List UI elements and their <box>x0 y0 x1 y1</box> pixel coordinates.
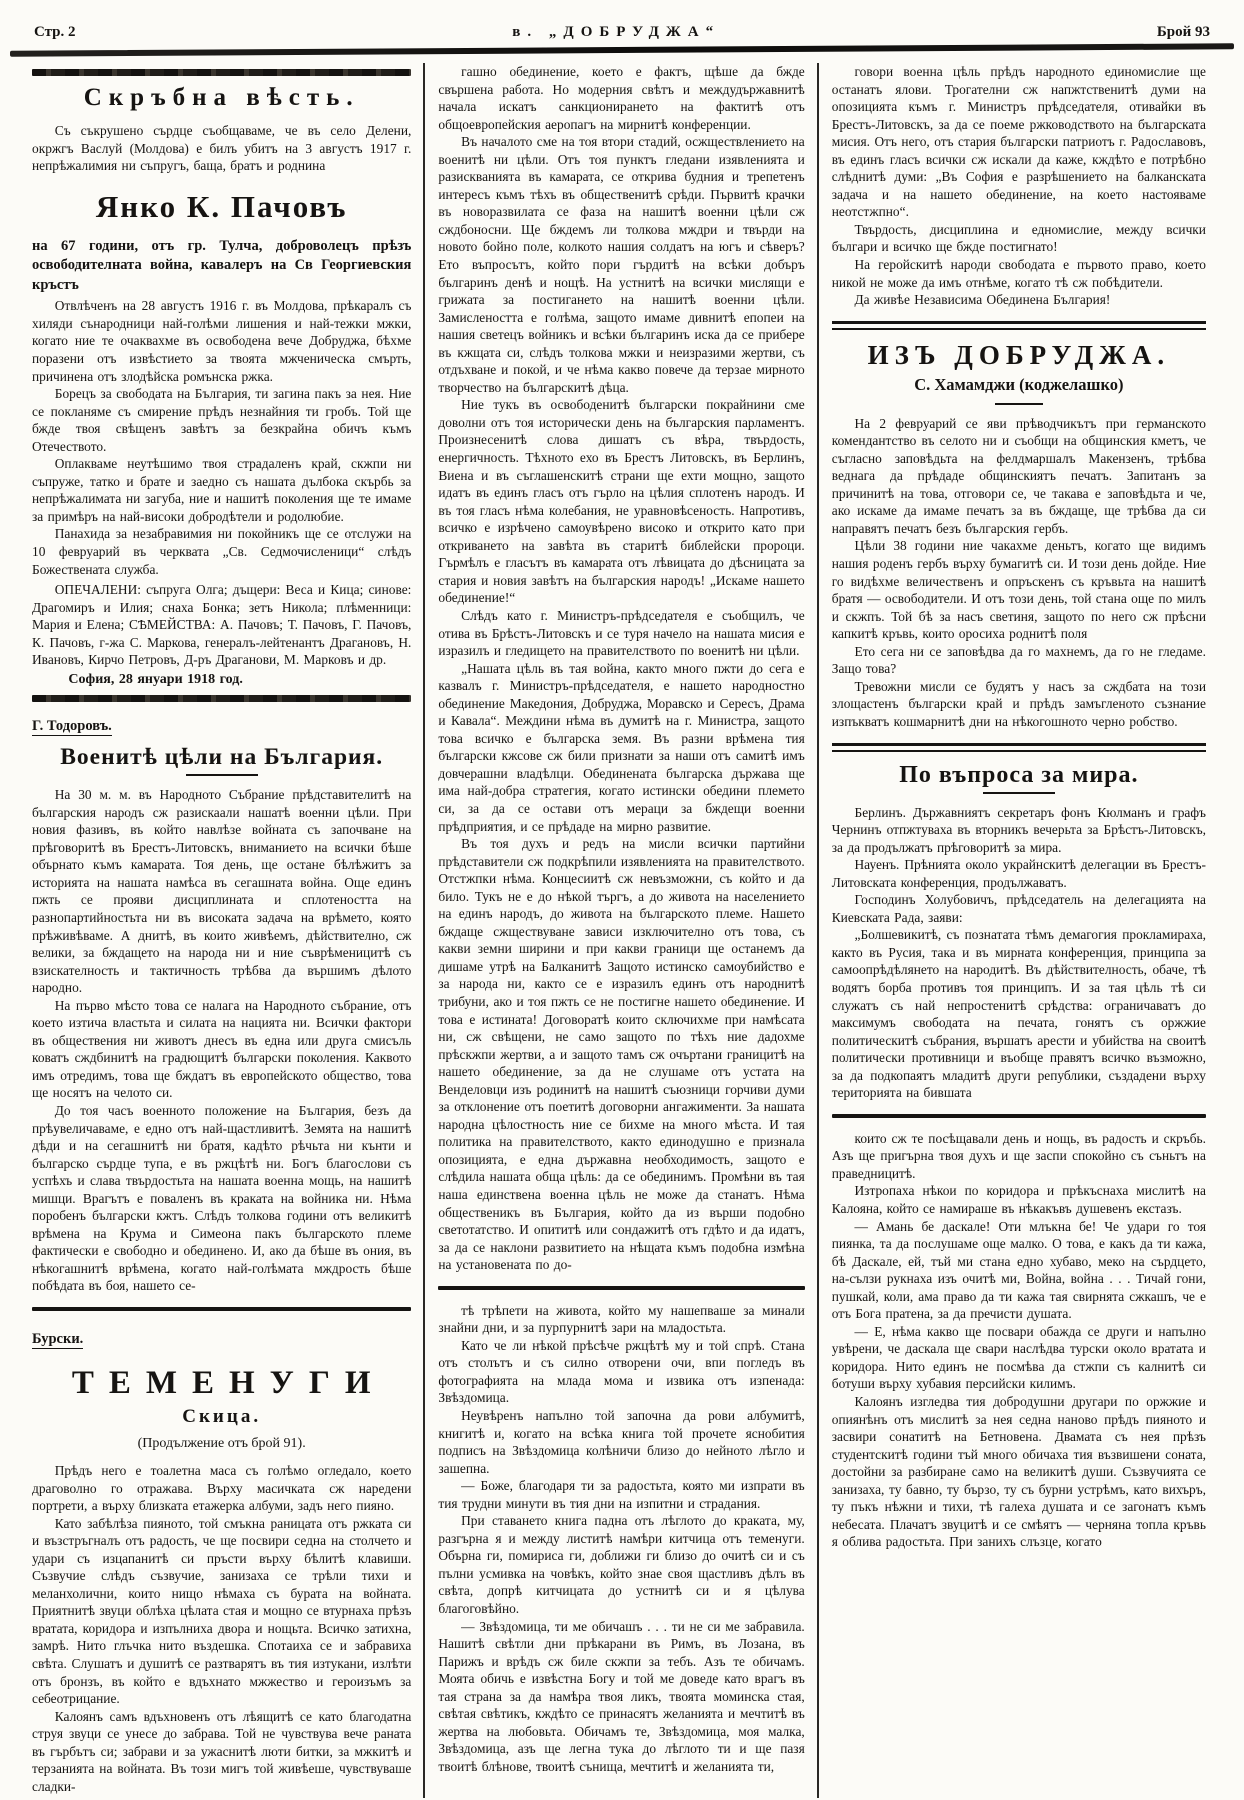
feuilleton-note: (Продължение отъ брой 91). <box>32 1436 411 1452</box>
feuilleton-byline: Бурски. <box>32 1331 83 1349</box>
paragraph: Ние тукъ въ освободенитѣ български покра… <box>438 396 804 607</box>
paragraph: На първо мѣсто това се налага на Народно… <box>32 997 411 1102</box>
paragraph: говори военна цѣль прѣдъ народното едино… <box>832 63 1206 221</box>
feuilleton-subtitle: Скица. <box>32 1406 411 1428</box>
page-header: Стр. 2 в. „ДОБРУДЖА“ Брой 93 <box>0 0 1244 43</box>
obituary-body: Отвлѣченъ на 28 августъ 1916 г. въ Молдо… <box>32 297 411 578</box>
obituary-intro: Съ съкрушено сърдце съобщаваме, че въ се… <box>32 122 411 175</box>
paragraph: Слѣдъ като г. Министръ-прѣдседателя е съ… <box>438 607 804 660</box>
double-rule <box>832 743 1206 752</box>
article-title: Военитѣ цѣли на България. <box>32 744 411 771</box>
obituary-title: Скръбна вѣсть. <box>32 84 411 112</box>
paragraph: Берлинъ. Държавниятъ секретаръ фонъ Кюлм… <box>832 804 1206 857</box>
paragraph: Прѣдъ него е тоалетна маса съ голѣмо огл… <box>32 1462 411 1515</box>
decorative-rule <box>32 69 411 76</box>
paragraph: Въ тоя духъ и редъ на мисли всички парти… <box>438 835 804 1274</box>
section-rule <box>32 1307 411 1311</box>
feuilleton-col3-body: които сж те посѣщавали день и нощь, въ р… <box>832 1130 1206 1551</box>
paragraph: Науенъ. Прѣнията около украйнскитѣ делег… <box>832 856 1206 891</box>
paragraph: — Амань бе даскале! Оти млъкна бе! Че уд… <box>832 1218 1206 1323</box>
paragraph: Оплакваме неутѣшимо твоя страдаленъ край… <box>32 455 411 525</box>
masthead: в. „ДОБРУДЖА“ <box>512 24 720 41</box>
paragraph: Борецъ за свободата на България, ти заги… <box>32 385 411 455</box>
paragraph: На 2 февруарий се яви прѣводчикътъ при г… <box>832 415 1206 538</box>
page-number: Стр. 2 <box>34 24 76 41</box>
obituary-name: Янко К. Пачовъ <box>32 189 411 225</box>
obituary-dateline: София, 28 януари 1918 год. <box>32 671 411 689</box>
feuilleton-header: Бурски. ТЕМЕНУГИ Скица. (Продължение отъ… <box>32 1323 411 1452</box>
peace-question-body: Берлинъ. Държавниятъ секретаръ фонъ Кюлм… <box>832 804 1206 1102</box>
paragraph: Господинъ Холубовичъ, прѣдседатель на де… <box>832 891 1206 926</box>
paragraph: гашно обединение, което е фактъ, щѣше да… <box>438 63 804 133</box>
paragraph: — Звѣздомица, ти ме обичашъ . . . ти не … <box>438 1618 804 1776</box>
paragraph: До тоя часъ военното положение на Българ… <box>32 1102 411 1295</box>
column-right: говори военна цѣль прѣдъ народното едино… <box>817 63 1218 1798</box>
article-body: На 30 м. м. въ Народното Събрание прѣдст… <box>32 786 411 1295</box>
paragraph: — Боже, благодаря ти за радостьта, която… <box>438 1477 804 1512</box>
newspaper-page: Стр. 2 в. „ДОБРУДЖА“ Брой 93 Скръбна вѣс… <box>0 0 1244 1800</box>
paragraph: Твърдость, дисциплина и едномислие, межд… <box>832 221 1206 256</box>
iz-dobrudzha-section: ИЗЪ ДОБРУДЖА. С. Хамамджи (коджелашко) Н… <box>832 340 1206 731</box>
iz-dobrudzha-title: ИЗЪ ДОБРУДЖА. <box>832 340 1206 371</box>
paragraph: При ставането книга падна отъ лѣглото до… <box>438 1512 804 1617</box>
paragraph: На геройскитѣ народи свободата е първото… <box>832 256 1206 291</box>
paragraph: — Е, нѣма какво ще посвари обажда се дру… <box>832 1323 1206 1393</box>
title-rule <box>186 774 258 776</box>
feuilleton-col2-body: тѣ трѣпети на живота, който му нашепваше… <box>438 1302 804 1776</box>
section-rule <box>438 1286 804 1290</box>
paragraph: Като забѣлѣза пияното, той смъкна раница… <box>32 1515 411 1708</box>
paragraph: „Болшевикитѣ, съ познатата тѣмъ демагоги… <box>832 926 1206 1101</box>
paragraph: Неувѣренъ напълно той започна да рови ал… <box>438 1407 804 1477</box>
paragraph: Изтропаха нѣкои по коридора и прѣкъснаха… <box>832 1182 1206 1217</box>
section-rule <box>832 1114 1206 1118</box>
paragraph: Да живѣе Независима Обединена България! <box>832 291 1206 309</box>
war-aims-article: Г. Тодоровъ. Военитѣ цѣли на България. Н… <box>32 710 411 1295</box>
war-aims-continuation: гашно обединение, което е фактъ, щѣше да… <box>438 63 804 1274</box>
decorative-rule <box>32 695 411 702</box>
obituary-subname: на 67 години, отъ гр. Тулча, доброволецъ… <box>32 237 411 296</box>
article-byline: Г. Тодоровъ. <box>32 718 112 736</box>
paragraph: На 30 м. м. въ Народното Събрание прѣдст… <box>32 786 411 997</box>
columns: Скръбна вѣсть. Съ съкрушено сърдце съобщ… <box>0 53 1244 1798</box>
paragraph: Калоянъ самъ вдъхновенъ отъ лѣящитѣ се к… <box>32 1708 411 1796</box>
paragraph: Калоянъ изгледва тия добродушни другари … <box>832 1393 1206 1551</box>
paragraph: Тревожни мисли се будятъ у насъ за сждба… <box>832 678 1206 731</box>
paragraph: „Нашата цѣль въ тая война, както много п… <box>438 660 804 835</box>
title-rule <box>983 792 1055 794</box>
paragraph: които сж те посѣщавали день и нощь, въ р… <box>832 1130 1206 1183</box>
column-middle: гашно обединение, което е фактъ, щѣше да… <box>423 63 816 1798</box>
obituary-section: Скръбна вѣсть. Съ съкрушено сърдце съобщ… <box>32 84 411 689</box>
obituary-mourners: ОПЕЧАЛЕНИ: съпруга Олга; дъщери: Веса и … <box>32 581 411 669</box>
paragraph: Ето сега ни се заповѣдва да го махнемъ, … <box>832 643 1206 678</box>
feuilleton-title: ТЕМЕНУГИ <box>46 1365 411 1402</box>
paragraph: Цѣли 38 години ние чакахме деньтъ, когат… <box>832 537 1206 642</box>
paragraph: Като че ли нѣкой прѣсѣче ржцѣтѣ му и той… <box>438 1337 804 1407</box>
peace-question-title: По въпроса за мира. <box>832 762 1206 789</box>
paragraph: Въ началото сме на тоя втори стадий, осж… <box>438 133 804 396</box>
paragraph: Панахида за незабравимия ни покойникъ ще… <box>32 525 411 578</box>
column-left: Скръбна вѣсть. Съ съкрушено сърдце съобщ… <box>30 63 423 1798</box>
issue-number: Брой 93 <box>1157 24 1210 41</box>
iz-dobrudzha-subtitle: С. Хамамджи (коджелашко) <box>832 375 1206 395</box>
peace-question-section: По въпроса за мира. Берлинъ. Държавниятъ… <box>832 762 1206 1102</box>
paragraph: Отвлѣченъ на 28 августъ 1916 г. въ Молдо… <box>32 297 411 385</box>
paragraph: тѣ трѣпети на живота, който му нашепваше… <box>438 1302 804 1337</box>
dash-rule <box>995 403 1043 405</box>
double-rule <box>832 321 1206 330</box>
war-aims-ending: говори военна цѣль прѣдъ народното едино… <box>832 63 1206 309</box>
feuilleton-col1-body: Прѣдъ него е тоалетна маса съ голѣмо огл… <box>32 1462 411 1795</box>
iz-dobrudzha-body: На 2 февруарий се яви прѣводчикътъ при г… <box>832 415 1206 731</box>
